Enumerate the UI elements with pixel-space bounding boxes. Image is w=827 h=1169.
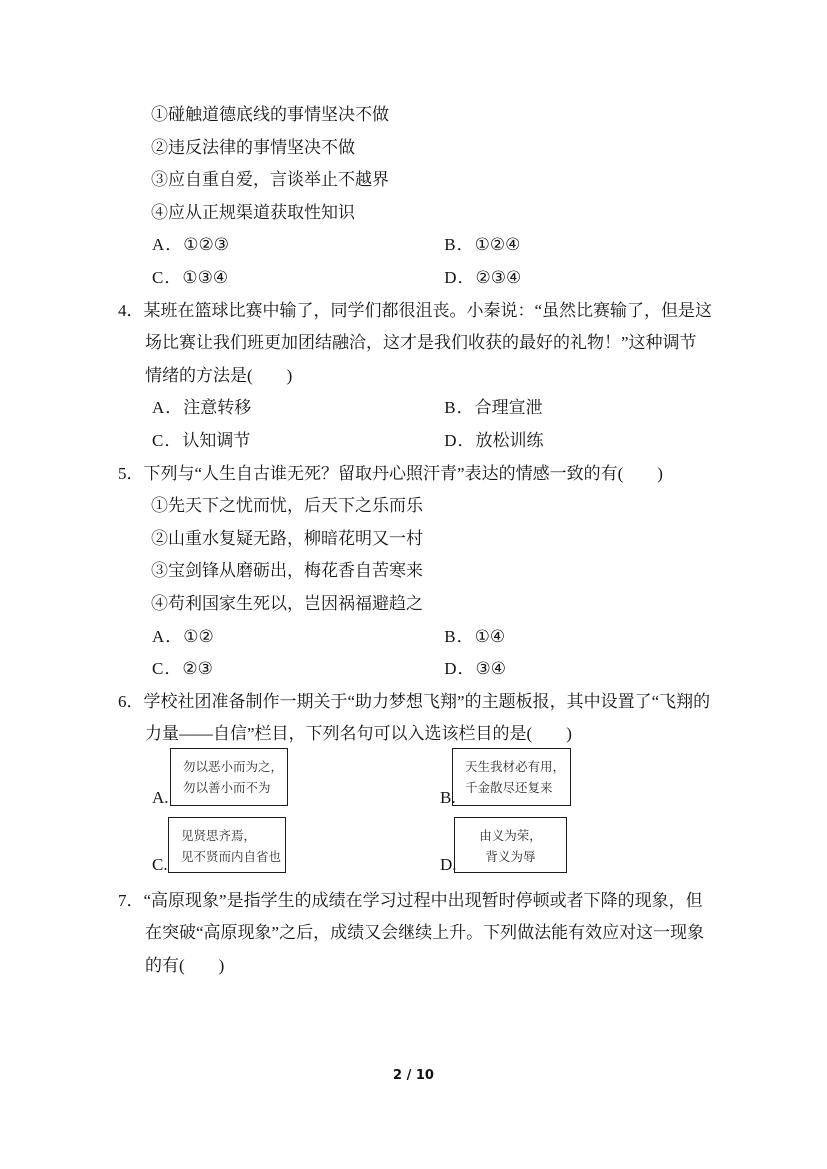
- q4-option-c-text: 认知调节: [182, 431, 250, 450]
- q4-option-a-label: A．: [152, 398, 183, 417]
- q6-box-b-label: B.: [440, 789, 456, 806]
- q5-item-2: ②山重水复疑无路，柳暗花明又一村: [0, 523, 827, 556]
- q4-option-c: C．认知调节: [152, 425, 440, 458]
- q6-stem-line-1: 6．学校社团准备制作一期关于“助力梦想飞翔”的主题板报，其中设置了“飞翔的: [0, 686, 827, 719]
- q3-option-a-label: A．: [152, 235, 183, 254]
- q3-option-c: C．①③④: [152, 262, 440, 295]
- q6-box-a-label: A.: [152, 789, 169, 806]
- q5-option-a-text: ①②: [183, 627, 213, 646]
- q6-quote-box-b: 天生我材必有用， 千金散尽还复来: [452, 748, 571, 806]
- q6-box-b-line-2: 千金散尽还复来: [465, 778, 566, 799]
- q6-box-a-line-1: 勿以恶小而为之，: [183, 757, 283, 778]
- page-content: ①碰触道德底线的事情坚决不做 ②违反法律的事情坚决不做 ③应自重自爱，言谈举止不…: [0, 0, 827, 983]
- q5-option-a: A．①②: [152, 621, 440, 654]
- q3-item-1: ①碰触道德底线的事情坚决不做: [0, 99, 827, 132]
- q4-stem-line-1: 4．某班在篮球比赛中输了，同学们都很沮丧。小秦说：“虽然比赛输了，但是这: [0, 295, 827, 328]
- q5-item-3: ③宝剑锋从磨砺出，梅花香自苦寒来: [0, 555, 827, 588]
- q5-options-row-1: A．①② B．①④: [0, 621, 827, 654]
- q5-option-c-label: C．: [152, 659, 182, 678]
- q3-item-4: ④应从正规渠道获取性知识: [0, 197, 827, 230]
- q6-box-d-line-1: 由义为荣，: [459, 826, 562, 847]
- q3-option-b: B．①②④: [444, 229, 520, 262]
- q4-option-a: A．注意转移: [152, 392, 440, 425]
- q3-item-2: ②违反法律的事情坚决不做: [0, 132, 827, 165]
- q5-item-1: ①先天下之忧而忧，后天下之乐而乐: [0, 490, 827, 523]
- q6-quote-box-c: 见贤思齐焉， 见不贤而内自省也: [168, 817, 286, 873]
- q5-options-row-2: C．②③ D．③④: [0, 653, 827, 686]
- q4-stem-line-2: 场比赛让我们班更加团结融洽，这才是我们收获的最好的礼物！”这种调节: [0, 327, 827, 360]
- q4-option-a-text: 注意转移: [183, 398, 251, 417]
- q6-box-b-line-1: 天生我材必有用，: [465, 757, 566, 778]
- q5-option-b: B．①④: [444, 621, 505, 654]
- q3-option-d-label: D．: [444, 268, 475, 287]
- q4-options-row-1: A．注意转移 B．合理宣泄: [0, 392, 827, 425]
- q3-option-b-label: B．: [444, 235, 474, 254]
- q5-option-d-text: ③④: [476, 659, 506, 678]
- q6-quote-boxes-area: 勿以恶小而为之， 勿以善小而不为 天生我材必有用， 千金散尽还复来 见贤思齐焉，…: [0, 747, 827, 885]
- q7-stem-line-2: 在突破“高原现象”之后，成绩又会继续上升。下列做法能有效应对这一现象: [0, 917, 827, 950]
- q6-box-c-line-2: 见不贤而内自省也: [181, 847, 281, 868]
- q7-stem-line-3: 的有( ): [0, 950, 827, 983]
- q6-box-c-label: C.: [152, 856, 168, 873]
- q3-item-3: ③应自重自爱，言谈举止不越界: [0, 164, 827, 197]
- q5-item-4: ④苟利国家生死以，岂因祸福避趋之: [0, 588, 827, 621]
- q6-box-a-line-2: 勿以善小而不为: [183, 778, 283, 799]
- q5-option-d: D．③④: [444, 653, 506, 686]
- q4-option-b-text: 合理宣泄: [475, 398, 543, 417]
- q6-box-d-label: D.: [440, 856, 457, 873]
- q5-option-b-label: B．: [444, 627, 474, 646]
- q6-box-d-line-2: 背义为辱: [459, 847, 562, 868]
- q4-stem-line-3: 情绪的方法是( ): [0, 360, 827, 393]
- q6-quote-box-a: 勿以恶小而为之， 勿以善小而不为: [170, 748, 288, 806]
- q5-option-a-label: A．: [152, 627, 183, 646]
- q4-options-row-2: C．认知调节 D．放松训练: [0, 425, 827, 458]
- q3-option-c-text: ①③④: [182, 268, 228, 287]
- q3-options-row-1: A．①②③ B．①②④: [0, 229, 827, 262]
- q3-option-d: D．②③④: [444, 262, 521, 295]
- q4-option-b: B．合理宣泄: [444, 392, 542, 425]
- q4-option-d: D．放松训练: [444, 425, 543, 458]
- q5-option-c-text: ②③: [182, 659, 212, 678]
- q3-option-c-label: C．: [152, 268, 182, 287]
- q3-options-row-2: C．①③④ D．②③④: [0, 262, 827, 295]
- q5-stem-line-1: 5．下列与“人生自古谁无死？留取丹心照汗青”表达的情感一致的有( ): [0, 458, 827, 491]
- q3-option-b-text: ①②④: [475, 235, 521, 254]
- q5-option-d-label: D．: [444, 659, 475, 678]
- q6-box-c-line-1: 见贤思齐焉，: [181, 826, 281, 847]
- q3-option-a: A．①②③: [152, 229, 440, 262]
- q5-option-c: C．②③: [152, 653, 440, 686]
- q4-option-b-label: B．: [444, 398, 474, 417]
- exam-document-page: ①碰触道德底线的事情坚决不做 ②违反法律的事情坚决不做 ③应自重自爱，言谈举止不…: [0, 0, 827, 1169]
- q3-option-a-text: ①②③: [183, 235, 229, 254]
- q3-option-d-text: ②③④: [476, 268, 522, 287]
- q6-quote-box-d: 由义为荣， 背义为辱: [454, 817, 567, 873]
- q5-option-b-text: ①④: [475, 627, 505, 646]
- q4-option-d-text: 放松训练: [476, 431, 544, 450]
- q7-stem-line-1: 7．“高原现象”是指学生的成绩在学习过程中出现暂时停顿或者下降的现象，但: [0, 885, 827, 918]
- q4-option-c-label: C．: [152, 431, 182, 450]
- page-number: 2 / 10: [0, 1068, 827, 1083]
- q4-option-d-label: D．: [444, 431, 475, 450]
